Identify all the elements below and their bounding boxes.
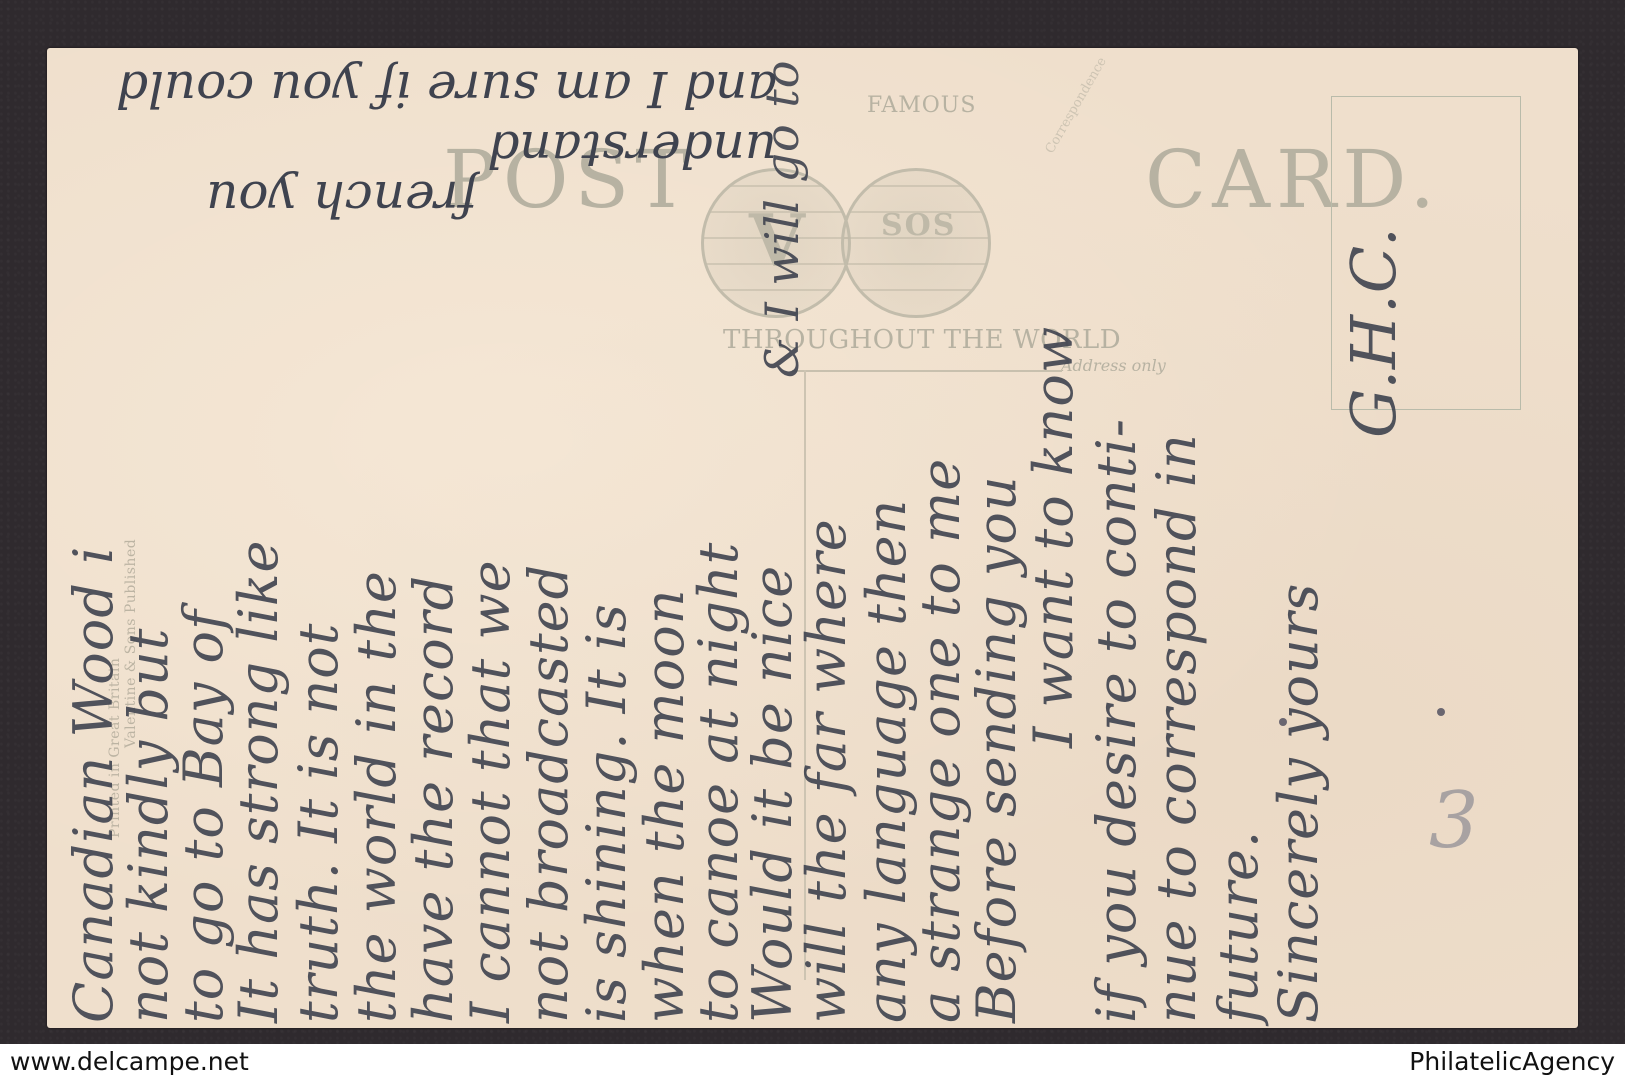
signature: G.H.C. (1337, 226, 1410, 438)
handwriting-line: french you (206, 170, 477, 228)
handwriting-line: a strange one to me (909, 458, 972, 1023)
handwriting-line: Before sending you (965, 475, 1028, 1023)
globe-letters-sos: SOS (881, 208, 956, 243)
watermark-philatelic-agency: PhilatelicAgency (1409, 1047, 1615, 1076)
handwriting-line: & I will go to the (755, 48, 809, 378)
scan-background: FAMOUS POST CARD. V SOS THROUGHOUT THE W… (0, 0, 1625, 1044)
signoff: Sincerely yours (1267, 583, 1330, 1023)
upside-down-text-block: and I am sure if you could understand fr… (57, 58, 777, 218)
handwriting-line: It has strong like (227, 539, 290, 1023)
handwriting-line: Canadian Wood i (62, 546, 125, 1023)
handwriting-line: not broadcasted (517, 564, 580, 1023)
handwriting-line: and I am sure if you could (116, 60, 777, 118)
handwriting-line: truth. It is not (287, 623, 350, 1023)
handwriting-line: understand (487, 120, 777, 178)
ink-dot (1279, 718, 1287, 726)
handwriting-line: have the record (402, 575, 465, 1023)
printed-famous: FAMOUS (867, 93, 976, 118)
pencil-mark: 3 (1429, 776, 1479, 866)
postcard: FAMOUS POST CARD. V SOS THROUGHOUT THE W… (47, 48, 1578, 1028)
handwriting-line: the world in the (345, 570, 408, 1023)
handwriting-line: I want to know (1022, 326, 1085, 748)
globe-logo-icon (841, 168, 991, 318)
handwriting-line: if you desire to conti- (1085, 418, 1148, 1023)
ink-dot (1437, 708, 1445, 716)
handwriting-line: future. (1207, 830, 1270, 1023)
handwriting-line: will the far where (795, 518, 858, 1023)
handwriting-line: nue to correspond in (1145, 433, 1208, 1023)
handwriting-line: I cannot that we (459, 559, 522, 1023)
handwriting-line: not kindly but (117, 628, 180, 1023)
printed-correspondence: Correspondence (1043, 55, 1110, 156)
handwriting-line: is shining. It is (575, 603, 638, 1023)
watermark-delcampe: www.delcampe.net (10, 1047, 249, 1076)
handwriting-line: to go to Bay of (172, 609, 235, 1023)
